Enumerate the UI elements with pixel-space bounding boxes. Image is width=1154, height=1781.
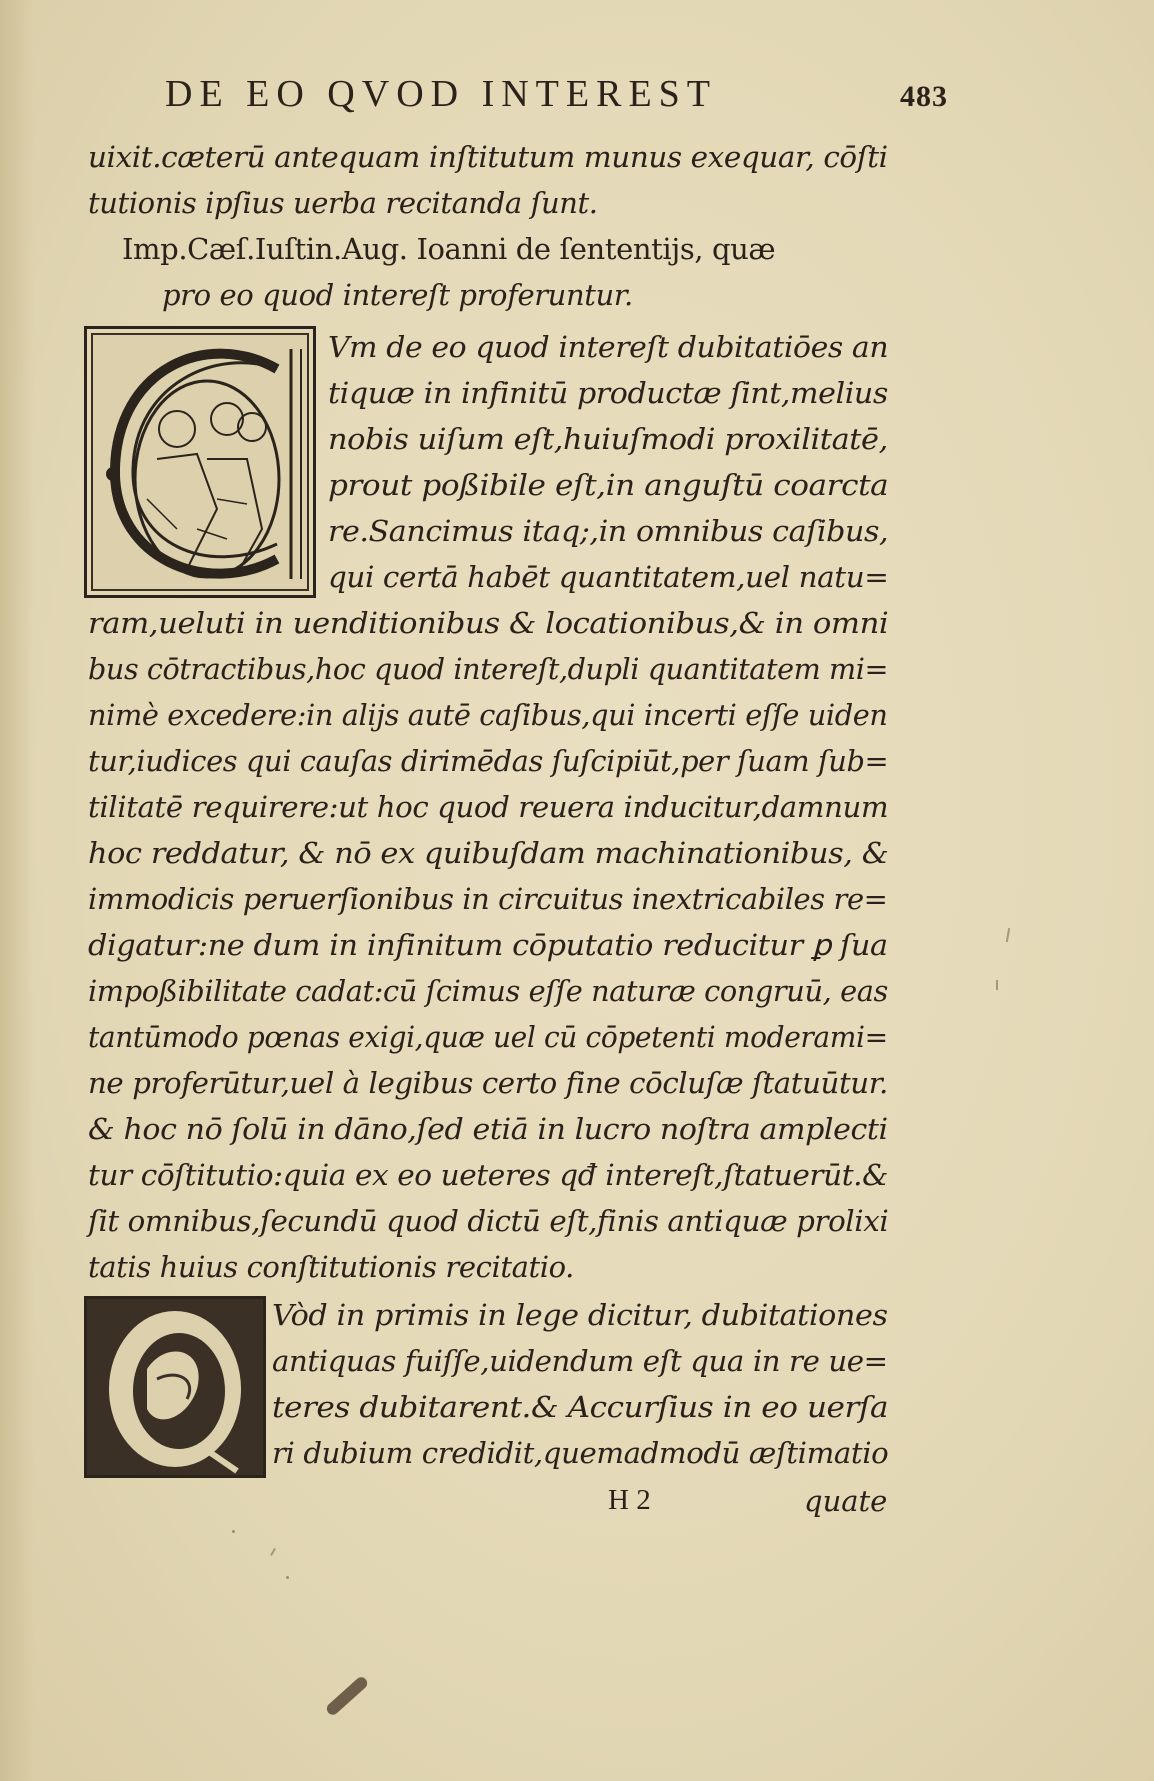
text-line: nimè excedere:in alijs autē caſibus,qui … [88,698,888,732]
page-number: 483 [900,80,948,114]
text-line: Vòd in primis in lege dicitur, dubitatio… [272,1298,888,1332]
text-line: tur cōſtitutio:quia ex eo ueteres qđ int… [88,1158,888,1192]
text-line: uixit.cæterū antequam inſtitutum munus e… [88,140,888,174]
margin-mark [996,980,998,990]
text-line: hoc reddatur, & nō ex quibuſdam machinat… [88,836,888,870]
text-line: immodicis peruerſionibus in circuitus in… [88,882,888,916]
text-line: tantūmodo pœnas exigi,quæ uel cū cōpeten… [88,1020,888,1054]
text-line: teres dubitarent.& Accurſius in eo uerſa [272,1390,888,1424]
text-line: ram,ueluti in uenditionibus & locationib… [88,606,888,640]
catchword: quate [804,1484,887,1518]
woodcut-figures-icon [87,329,313,595]
paper-speck [286,1576,289,1579]
woodcut-bird-icon [87,1299,263,1475]
text-line: digatur:ne dum in infinitum cōputatio re… [88,928,888,962]
text-line: tiquæ in infinitū productæ ſint,melius [328,376,888,410]
text-line: qui certā habēt quantitatem,uel natu= [328,560,888,594]
signature-mark: H 2 [608,1484,651,1517]
text-line: Vm de eo quod intereſt dubitatiōes an [328,330,888,364]
text-line: antiquas fuiſſe,uidendum eſt qua in re u… [272,1344,888,1378]
text-line: prout poßibile eſt,in anguſtū coarcta [328,468,888,502]
text-line: tatis huius conſtitutionis recitatio. [88,1250,574,1284]
text-line: tutionis ipſius uerba recitanda ſunt. [88,186,598,220]
margin-mark [270,1548,276,1556]
text-line: & hoc nō ſolū in dāno,ſed etiā in lucro … [88,1112,888,1146]
page-gutter-shadow [0,0,34,1781]
rubric-line: pro eo quod intereſt proferuntur. [162,278,633,312]
margin-mark [1006,928,1010,942]
text-line: nobis uiſum eſt,huiuſmodi proxilitatē, [328,422,888,456]
text-line: ne proferūtur,uel à legibus certo fine c… [88,1066,888,1100]
text-line: bus cōtractibus,hoc quod intereſt,dupli … [88,652,888,686]
pencil-mark [324,1675,369,1717]
text-line: ſit omnibus,ſecundū quod dictū eſt,finis… [88,1204,888,1238]
text-line: tilitatē requirere:ut hoc quod reuera in… [88,790,888,824]
woodcut-initial-q [84,1296,266,1478]
text-line: ri dubium credidit,quemadmodū æſtimatio [272,1436,888,1470]
text-line: re.Sancimus itaq;,in omnibus caſibus, [328,514,888,548]
paper-speck [232,1530,235,1533]
text-line: tur,iudices qui cauſas dirimēdas ſuſcipi… [88,744,888,778]
woodcut-initial-c [84,326,316,598]
text-line: impoßibilitate cadat:cū ſcimus eſſe natu… [88,974,888,1008]
running-head: DE EO QVOD INTEREST [165,72,717,116]
rubric-line: Imp.Cæſ.Iuſtin.Aug. Ioanni de ſententijs… [122,232,775,266]
